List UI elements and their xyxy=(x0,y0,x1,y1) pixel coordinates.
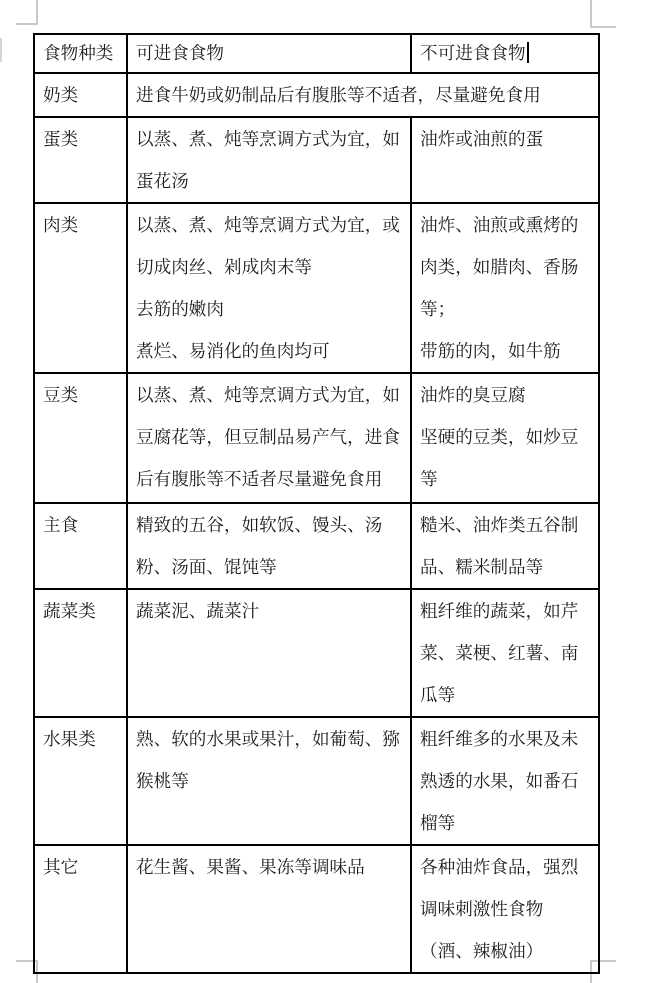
cell-paragraph: 粗纤维多的水果及未熟透的水果，如番石榴等 xyxy=(420,718,593,844)
category-cell-others[interactable]: 其它 xyxy=(34,845,127,973)
category-cell-vegetables[interactable]: 蔬菜类 xyxy=(34,589,127,717)
header-label-forbidden: 不可进食食物 xyxy=(420,35,593,72)
cell-paragraph: 熟、软的水果或果汁，如葡萄、猕猴桃等 xyxy=(136,718,405,802)
cell-paragraph: 水果类 xyxy=(43,718,121,760)
crop-mark-top-left-vertical xyxy=(36,0,38,25)
category-cell-meat[interactable]: 肉类 xyxy=(34,203,127,373)
cell-paragraph: 去筋的嫩肉 xyxy=(136,288,405,330)
table-header-row: 食物种类 可进食食物 不可进食食物 xyxy=(34,34,599,73)
header-label-category: 食物种类 xyxy=(43,35,121,72)
table-row-vegetables: 蔬菜类 蔬菜泥、蔬菜汁 粗纤维的蔬菜，如芹菜、菜梗、红薯、南瓜等 xyxy=(34,589,599,717)
category-cell-fruits[interactable]: 水果类 xyxy=(34,717,127,845)
category-cell-beans[interactable]: 豆类 xyxy=(34,373,127,503)
cell-paragraph: 坚硬的豆类，如炒豆等 xyxy=(420,416,593,500)
header-cell-category[interactable]: 食物种类 xyxy=(34,34,127,73)
forbidden-cell-beans[interactable]: 油炸的臭豆腐 坚硬的豆类，如炒豆等 xyxy=(411,373,599,503)
cell-paragraph: 精致的五谷，如软饭、馒头、汤粉、汤面、馄饨等 xyxy=(136,504,405,588)
category-cell-dairy[interactable]: 奶类 xyxy=(34,73,127,117)
allowed-cell-vegetables[interactable]: 蔬菜泥、蔬菜汁 xyxy=(127,589,411,717)
table-row-fruits: 水果类 熟、软的水果或果汁，如葡萄、猕猴桃等 粗纤维多的水果及未熟透的水果，如番… xyxy=(34,717,599,845)
allowed-cell-eggs[interactable]: 以蒸、煮、炖等烹调方式为宜，如蛋花汤 xyxy=(127,117,411,203)
forbidden-cell-fruits[interactable]: 粗纤维多的水果及未熟透的水果，如番石榴等 xyxy=(411,717,599,845)
cell-paragraph: 带筋的肉，如牛筋 xyxy=(420,330,593,372)
table-row-eggs: 蛋类 以蒸、煮、炖等烹调方式为宜，如蛋花汤 油炸或油煎的蛋 xyxy=(34,117,599,203)
forbidden-cell-meat[interactable]: 油炸、油煎或熏烤的肉类，如腊肉、香肠等； 带筋的肉，如牛筋 xyxy=(411,203,599,373)
allowed-cell-staple[interactable]: 精致的五谷，如软饭、馒头、汤粉、汤面、馄饨等 xyxy=(127,503,411,589)
food-guidance-table: 食物种类 可进食食物 不可进食食物 奶类 进食牛奶或奶制品后有腹胀等不适者，尽量… xyxy=(33,33,600,974)
cell-paragraph: 进食牛奶或奶制品后有腹胀等不适者，尽量避免食用 xyxy=(136,74,593,116)
document-page: 食物种类 可进食食物 不可进食食物 奶类 进食牛奶或奶制品后有腹胀等不适者，尽量… xyxy=(0,0,654,983)
cell-paragraph: 豆类 xyxy=(43,374,121,416)
allowed-cell-meat[interactable]: 以蒸、煮、炖等烹调方式为宜，或切成肉丝、剁成肉末等 去筋的嫩肉 煮烂、易消化的鱼… xyxy=(127,203,411,373)
merged-note-cell-dairy[interactable]: 进食牛奶或奶制品后有腹胀等不适者，尽量避免食用 xyxy=(127,73,599,117)
cell-paragraph: 以蒸、煮、炖等烹调方式为宜，如蛋花汤 xyxy=(136,118,405,202)
cell-paragraph: 煮烂、易消化的鱼肉均可 xyxy=(136,330,405,372)
allowed-cell-beans[interactable]: 以蒸、煮、炖等烹调方式为宜，如豆腐花等，但豆制品易产气，进食后有腹胀等不适者尽量… xyxy=(127,373,411,503)
cell-paragraph: 蛋类 xyxy=(43,118,121,160)
cell-paragraph: 蔬菜类 xyxy=(43,590,121,632)
category-cell-staple[interactable]: 主食 xyxy=(34,503,127,589)
cell-paragraph: 各种油炸食品，强烈调味刺激性食物（酒、辣椒油） xyxy=(420,846,593,972)
cell-paragraph: 以蒸、煮、炖等烹调方式为宜，如豆腐花等，但豆制品易产气，进食后有腹胀等不适者尽量… xyxy=(136,374,405,500)
table-row-others: 其它 花生酱、果酱、果冻等调味品 各种油炸食品，强烈调味刺激性食物（酒、辣椒油） xyxy=(34,845,599,973)
cell-paragraph: 肉类 xyxy=(43,204,121,246)
page-edge-mark xyxy=(0,38,2,62)
text-caret xyxy=(527,42,529,63)
forbidden-cell-eggs[interactable]: 油炸或油煎的蛋 xyxy=(411,117,599,203)
cell-paragraph: 油炸的臭豆腐 xyxy=(420,374,593,416)
forbidden-cell-others[interactable]: 各种油炸食品，强烈调味刺激性食物（酒、辣椒油） xyxy=(411,845,599,973)
header-label-forbidden-text: 不可进食食物 xyxy=(420,43,526,63)
table-row-staple: 主食 精致的五谷，如软饭、馒头、汤粉、汤面、馄饨等 糙米、油炸类五谷制品、糯米制… xyxy=(34,503,599,589)
cell-paragraph: 油炸或油煎的蛋 xyxy=(420,118,593,160)
forbidden-cell-staple[interactable]: 糙米、油炸类五谷制品、糯米制品等 xyxy=(411,503,599,589)
table-row-beans: 豆类 以蒸、煮、炖等烹调方式为宜，如豆腐花等，但豆制品易产气，进食后有腹胀等不适… xyxy=(34,373,599,503)
cell-paragraph: 蔬菜泥、蔬菜汁 xyxy=(136,590,405,632)
header-cell-forbidden[interactable]: 不可进食食物 xyxy=(411,34,599,73)
allowed-cell-others[interactable]: 花生酱、果酱、果冻等调味品 xyxy=(127,845,411,973)
table-row-dairy: 奶类 进食牛奶或奶制品后有腹胀等不适者，尽量避免食用 xyxy=(34,73,599,117)
crop-mark-top-right-horizontal xyxy=(590,26,616,28)
cell-paragraph: 主食 xyxy=(43,504,121,546)
table-row-meat: 肉类 以蒸、煮、炖等烹调方式为宜，或切成肉丝、剁成肉末等 去筋的嫩肉 煮烂、易消… xyxy=(34,203,599,373)
cell-paragraph: 粗纤维的蔬菜，如芹菜、菜梗、红薯、南瓜等 xyxy=(420,590,593,716)
header-cell-allowed[interactable]: 可进食食物 xyxy=(127,34,411,73)
allowed-cell-fruits[interactable]: 熟、软的水果或果汁，如葡萄、猕猴桃等 xyxy=(127,717,411,845)
crop-mark-top-right-vertical xyxy=(590,0,592,28)
header-label-allowed: 可进食食物 xyxy=(136,35,405,72)
cell-paragraph: 其它 xyxy=(43,846,121,888)
category-cell-eggs[interactable]: 蛋类 xyxy=(34,117,127,203)
crop-mark-top-left-horizontal xyxy=(16,23,38,25)
cell-paragraph: 奶类 xyxy=(43,74,121,116)
cell-paragraph: 以蒸、煮、炖等烹调方式为宜，或切成肉丝、剁成肉末等 xyxy=(136,204,405,288)
forbidden-cell-vegetables[interactable]: 粗纤维的蔬菜，如芹菜、菜梗、红薯、南瓜等 xyxy=(411,589,599,717)
cell-paragraph: 油炸、油煎或熏烤的肉类，如腊肉、香肠等； xyxy=(420,204,593,330)
cell-paragraph: 糙米、油炸类五谷制品、糯米制品等 xyxy=(420,504,593,588)
cell-paragraph: 花生酱、果酱、果冻等调味品 xyxy=(136,846,405,888)
